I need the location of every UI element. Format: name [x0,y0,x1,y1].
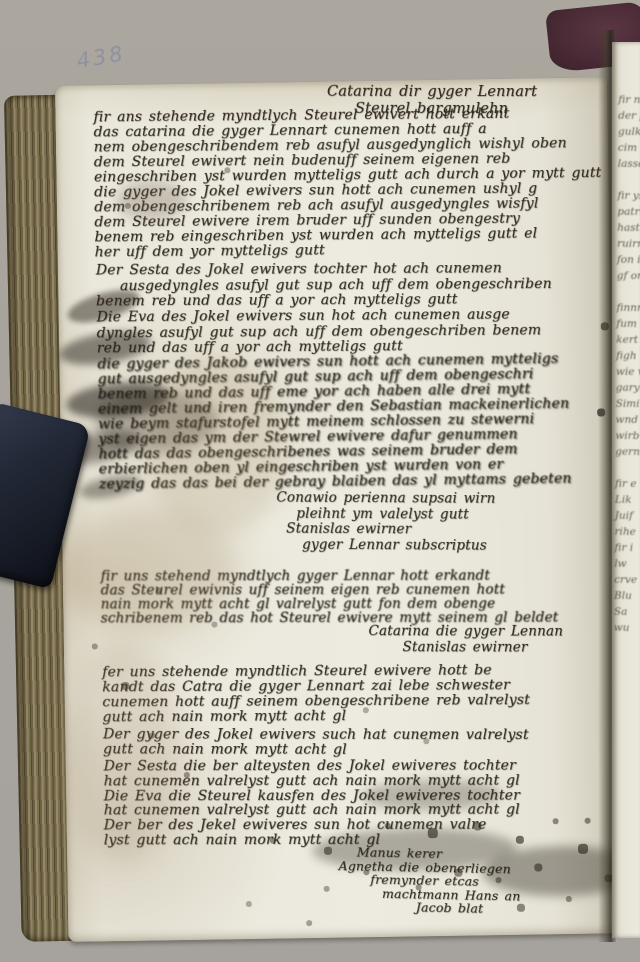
handwritten-line: Stanislas ewirner [402,639,563,655]
stain [78,471,143,502]
handwritten-line: kert [616,332,640,349]
handwritten-line: lw [614,556,640,573]
handwritten-line: gf or [617,268,640,285]
handwritten-line: finnm [616,300,640,317]
handwritten-line: gary [616,380,640,397]
handwritten-line: ruirm [617,236,640,253]
entry-paragraph-3: Die Eva des Jokel ewivers sun hot ach cu… [97,307,542,357]
handwritten-line: gern [615,444,640,461]
handwritten-line: fir e [615,476,640,493]
handwritten-line: Juif [615,508,640,525]
handwritten-line: wu [614,620,640,637]
handwritten-line: lassen w [618,156,640,173]
handwritten-line: gyger Lennar subscriptus [302,537,495,554]
handwritten-line: fum [616,316,640,333]
handwritten-line: fir ys [617,188,640,205]
handwritten-line: Catarina dir gyger Lennart [327,84,537,101]
handwritten-line: fon i [617,252,640,269]
handwritten-line: Blu [614,588,640,605]
handwritten-line [617,284,640,301]
handwritten-line: Sa [614,604,640,621]
handwritten-line: Simi [616,396,640,413]
facing-page-text-fragments: fir naf sder fugulk ficim ulassen wfir y… [614,92,640,637]
handwritten-line: her uff dem yor mytteligs gutt [95,241,603,260]
handwritten-line: Jacob blat [416,900,521,916]
handwritten-line: patrim [617,204,640,221]
handwritten-line: crve [614,572,640,589]
handwritten-line: fir i [614,540,640,557]
handwritten-line: der fu [618,108,640,125]
facing-page-edge: fir naf sder fugulk ficim ulassen wfir y… [612,42,640,938]
handwritten-line: fir naf s [618,92,640,109]
handwritten-line: cim u [618,140,640,157]
manuscript-page: 438 Catarina dir gyger LennartSteurel ba… [55,77,620,942]
handwritten-line: Conawio perienna supsai wirn [276,491,495,508]
handwritten-line: rihe [614,524,640,541]
witness-signature-block: Conawio perienna supsai wirnpleihnt ym v… [276,491,495,554]
ink-speckles [55,86,57,88]
handwritten-line: Stanislas ewirner [286,522,495,539]
handwritten-line: Catarina die gyger Lennan [368,623,563,639]
handwritten-line: wie v [616,364,640,381]
handwritten-line: wirb [615,428,640,445]
handwritten-line: Lik [615,492,640,509]
names-signature-block: Catarina die gyger LennanStanislas ewirn… [368,623,563,655]
handwritten-line: gulk fi [618,124,640,141]
handwritten-line: figh [616,348,640,365]
folio-number-pencil: 438 [75,41,127,73]
handwritten-line [618,172,640,189]
photo-backdrop: 438 Catarina dir gyger LennartSteurel ba… [0,0,640,962]
entry-paragraph-2: Der Sesta des Jokel ewivers tochter hot … [96,261,552,310]
handwritten-line: wnd a [615,412,640,429]
handwritten-line [615,460,640,477]
handwritten-line: hast v [617,220,640,237]
